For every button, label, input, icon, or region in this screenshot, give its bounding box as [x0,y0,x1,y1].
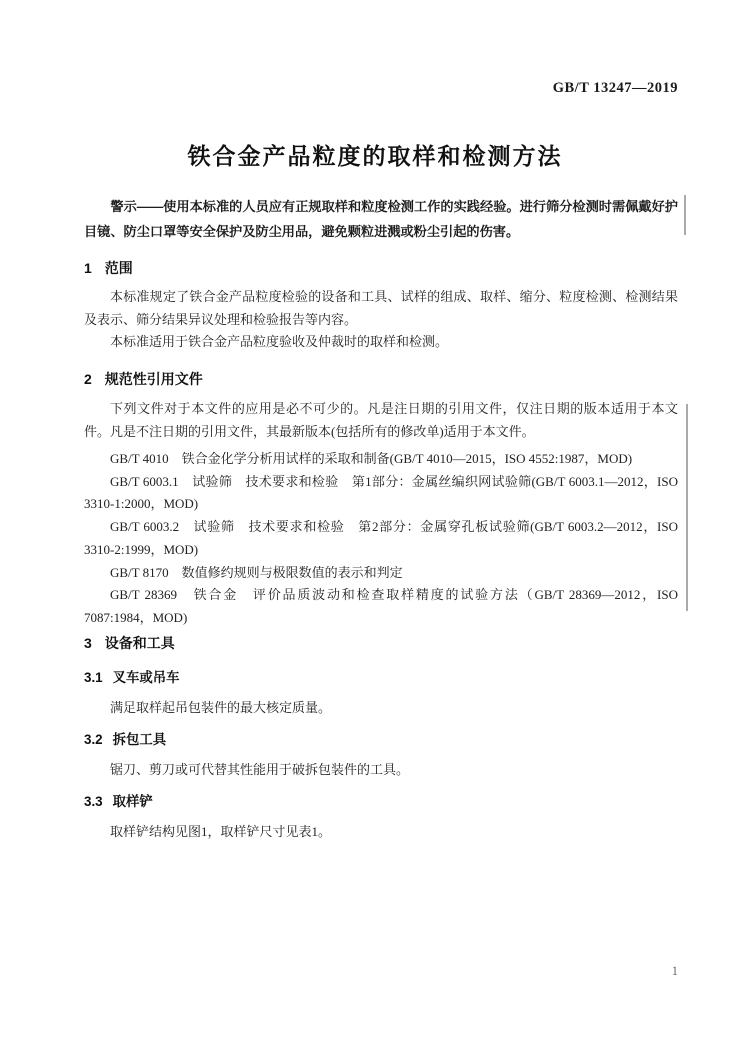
subsection-paragraph: 锯刀、剪刀或可代替其性能用于破拆包装件的工具。 [84,759,678,782]
reference-item: GB/T 4010 铁合金化学分析用试样的采取和制备(GB/T 4010—201… [84,448,678,471]
section-number: 1 [84,260,92,276]
subsection-number: 3.3 [84,794,103,809]
subsection-number: 3.2 [84,732,103,747]
subsection-paragraph: 满足取样起吊包装件的最大核定质量。 [84,697,678,720]
reference-item: GB/T 6003.2 试验筛 技术要求和检验 第2部分：金属穿孔板试验筛(GB… [84,516,678,561]
subsection-body: 取样铲结构见图1，取样铲尺寸见表1。 [84,821,678,844]
subsection-body: 满足取样起吊包装件的最大核定质量。 [84,697,678,720]
subsection-paragraph: 取样铲结构见图1，取样铲尺寸见表1。 [84,821,678,844]
normative-references-list: GB/T 4010 铁合金化学分析用试样的采取和制备(GB/T 4010—201… [84,448,678,630]
warning-paragraph: 警示——使用本标准的人员应有正规取样和粒度检测工作的实践经验。进行筛分检测时需佩… [84,194,678,244]
document-title: 铁合金产品粒度的取样和检测方法 [0,138,750,171]
section-heading-equipment: 3设备和工具 [84,633,678,653]
subsection-heading-text: 叉车或吊车 [113,670,180,685]
page-number: 1 [84,964,708,979]
scope-body: 本标准规定了铁合金产品粒度检验的设备和工具、试样的组成、取样、缩分、粒度检测、检… [84,286,678,354]
section-heading-scope: 1范围 [84,258,678,278]
reference-item: GB/T 8170 数值修约规则与极限数值的表示和判定 [84,562,678,585]
subsection-number: 3.1 [84,670,103,685]
subsection-heading-unpacking-tools: 3.2拆包工具 [84,729,678,748]
normative-references-intro: 下列文件对于本文件的应用是必不可少的。凡是注日期的引用文件，仅注日期的版本适用于… [84,398,678,443]
section-heading-text: 范围 [105,260,133,276]
document-page: GB/T 13247—2019 铁合金产品粒度的取样和检测方法 警示——使用本标… [0,0,750,1061]
reference-item: GB/T 6003.1 试验筛 技术要求和检验 第1部分：金属丝编织网试验筛(G… [84,471,678,516]
references-intro-paragraph: 下列文件对于本文件的应用是必不可少的。凡是注日期的引用文件，仅注日期的版本适用于… [84,398,678,443]
scope-paragraph: 本标准适用于铁合金产品粒度验收及仲裁时的取样和检测。 [84,331,678,354]
scan-artifact-line [686,404,688,611]
section-heading-normative-references: 2规范性引用文件 [84,369,678,389]
section-heading-text: 设备和工具 [105,635,175,651]
subsection-heading-forklift-or-crane: 3.1叉车或吊车 [84,667,678,686]
section-heading-text: 规范性引用文件 [105,371,203,387]
subsection-heading-text: 拆包工具 [113,732,167,747]
section-number: 2 [84,371,92,387]
reference-item: GB/T 28369 铁合金 评价品质波动和检查取样精度的试验方法（GB/T 2… [84,584,678,629]
subsection-heading-sampling-shovel: 3.3取样铲 [84,791,678,810]
subsection-heading-text: 取样铲 [113,794,153,809]
standard-number: GB/T 13247—2019 [84,80,684,97]
subsection-body: 锯刀、剪刀或可代替其性能用于破拆包装件的工具。 [84,759,678,782]
scan-artifact-line [684,195,686,235]
section-number: 3 [84,635,92,651]
scope-paragraph: 本标准规定了铁合金产品粒度检验的设备和工具、试样的组成、取样、缩分、粒度检测、检… [84,286,678,331]
